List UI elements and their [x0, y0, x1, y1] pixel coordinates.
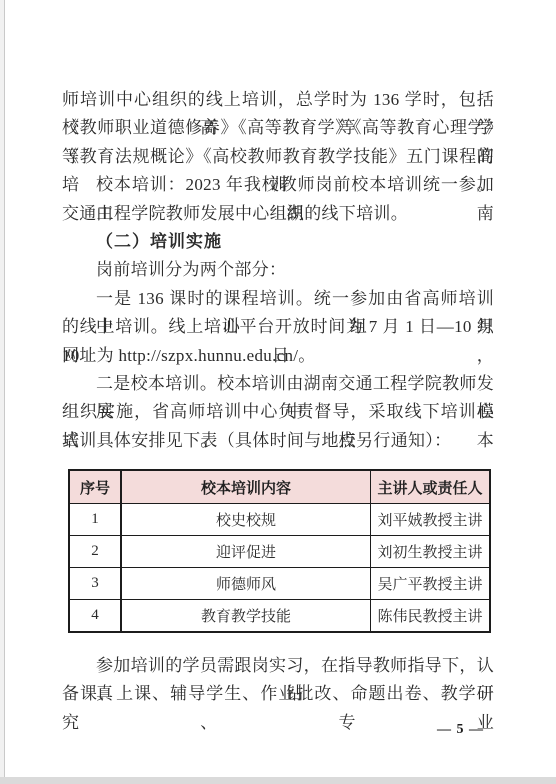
table-cell: 教育教学技能	[121, 600, 371, 633]
table-cell: 刘平娀教授主讲	[371, 504, 491, 536]
table-cell: 刘初生教授主讲	[371, 536, 491, 568]
paragraphs-after-table: 参加培训的学员需跟岗实习，在指导教师指导下，认真钻研备课、上课、辅导学生、作业批…	[62, 652, 494, 709]
paragraph-line: 岗前培训分为两个部分：	[62, 256, 494, 284]
table-header-cell: 序号	[69, 470, 121, 504]
page-number: — 5 —	[437, 722, 484, 738]
paragraph-line: 的线上培训。线上培训平台开放时间为 7 月 1 日—10 月 10 日，	[62, 313, 494, 341]
scan-page-bottom-edge	[0, 777, 556, 784]
paragraph: 二是校本培训。校本培训由湖南交通工程学院教师发展中心组织实施，省高师培训中心负责…	[62, 370, 494, 455]
paragraphs-before-table: 师培训中心组织的线上培训，总学时为 136 学时，包括《高等学校教师职业道德修养…	[62, 86, 494, 455]
table-row: 4教育教学技能陈伟民教授主讲	[69, 600, 490, 633]
table-cell: 校史校规	[121, 504, 371, 536]
paragraph-line: 一是 136 课时的课程培训。统一参加由省高师培训中心组织	[62, 285, 494, 313]
paragraph-line: 组织实施，省高师培训中心负责督导，采取线下培训模式。校本	[62, 398, 494, 426]
table-body: 1校史校规刘平娀教授主讲2迎评促进刘初生教授主讲3师德师风吴广平教授主讲4教育教…	[69, 504, 490, 633]
paragraph-line: （二）培训实施	[62, 228, 494, 256]
table-row: 1校史校规刘平娀教授主讲	[69, 504, 490, 536]
table-cell: 4	[69, 600, 121, 633]
paragraph-line: 校教师职业道德修养》《高等教育学》《高等教育心理学》《高	[62, 114, 494, 142]
table-cell: 师德师风	[121, 568, 371, 600]
paragraph-line: 校本培训：2023 年我校教师岗前校本培训统一参加由湖南	[62, 171, 494, 199]
table-header-cell: 主讲人或责任人	[371, 470, 491, 504]
paragraph: 师培训中心组织的线上培训，总学时为 136 学时，包括《高等学校教师职业道德修养…	[62, 86, 494, 171]
paragraph-line: 备课、上课、辅导学生、作业批改、命题出卷、教学研究、专业	[62, 680, 494, 708]
paragraph-line: 师培训中心组织的线上培训，总学时为 136 学时，包括《高等学	[62, 86, 494, 114]
paragraph-line: 培训具体安排见下表（具体时间与地点另行通知）：	[62, 427, 494, 455]
paragraph: 一是 136 课时的课程培训。统一参加由省高师培训中心组织的线上培训。线上培训平…	[62, 285, 494, 370]
body-text: 师培训中心组织的线上培训，总学时为 136 学时，包括《高等学校教师职业道德修养…	[62, 86, 494, 709]
paragraph: 岗前培训分为两个部分：	[62, 256, 494, 284]
paragraph: 参加培训的学员需跟岗实习，在指导教师指导下，认真钻研备课、上课、辅导学生、作业批…	[62, 652, 494, 709]
training-schedule-table: 序号校本培训内容主讲人或责任人 1校史校规刘平娀教授主讲2迎评促进刘初生教授主讲…	[68, 469, 491, 633]
table-cell: 陈伟民教授主讲	[371, 600, 491, 633]
table-row: 3师德师风吴广平教授主讲	[69, 568, 490, 600]
table-cell: 吴广平教授主讲	[371, 568, 491, 600]
table-cell: 2	[69, 536, 121, 568]
scan-page-left-edge	[0, 0, 5, 784]
table-header-row: 序号校本培训内容主讲人或责任人	[69, 470, 490, 504]
table-header-cell: 校本培训内容	[121, 470, 371, 504]
paragraph-line: 参加培训的学员需跟岗实习，在指导教师指导下，认真钻研	[62, 652, 494, 680]
document-page: { "document": { "paragraphs": [ { "inden…	[0, 0, 556, 784]
paragraph-line: 等教育法规概论》《高校教师教育教学技能》五门课程的培训。	[62, 143, 494, 171]
table-cell: 迎评促进	[121, 536, 371, 568]
paragraph: （二）培训实施	[62, 228, 494, 256]
paragraph: 校本培训：2023 年我校教师岗前校本培训统一参加由湖南交通工程学院教师发展中心…	[62, 171, 494, 228]
paragraph-line: 二是校本培训。校本培训由湖南交通工程学院教师发展中心	[62, 370, 494, 398]
table-cell: 3	[69, 568, 121, 600]
table-cell: 1	[69, 504, 121, 536]
table-header: 序号校本培训内容主讲人或责任人	[69, 470, 490, 504]
table-row: 2迎评促进刘初生教授主讲	[69, 536, 490, 568]
